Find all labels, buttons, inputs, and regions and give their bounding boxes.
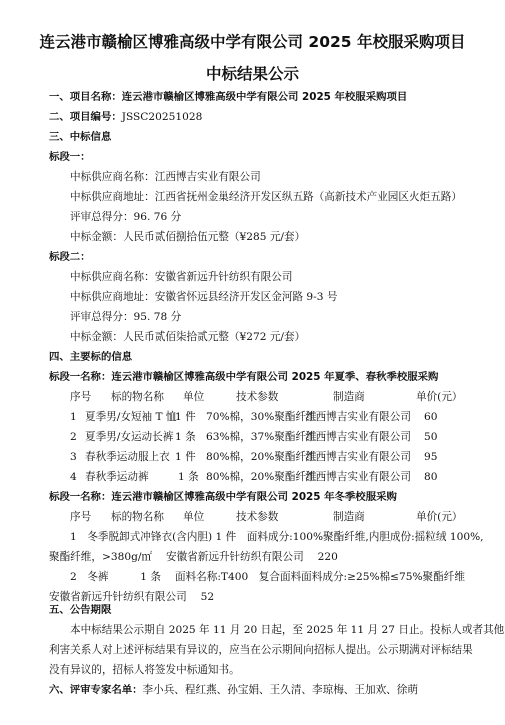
col-header-index: 序号 <box>70 390 91 404</box>
cell-unit: 1 条 <box>178 470 199 484</box>
cell-item-name: 夏季男/女短袖 T 恤 <box>85 410 177 424</box>
lot1-supplier-address: 中标供应商地址：江西省抚州金巢经济开发区纵五路（高新技术产业园区火炬五路） <box>70 190 462 204</box>
col-header-unit: 单位 <box>183 390 204 404</box>
document-title-line1: 连云港市赣榆区博雅高级中学有限公司 2025 年校服采购项目 <box>0 30 505 52</box>
cell-index: 3 <box>70 450 77 464</box>
cell-spec: 63%棉，37%聚酯纤维 <box>206 430 317 444</box>
project-name-value: 连云港市赣榆区博雅高级中学有限公司 2025 年校服采购项目 <box>122 91 408 103</box>
lot1-score: 评审总得分：96. 76 分 <box>70 210 181 224</box>
cell-price: 60 <box>424 410 437 424</box>
section-expert-list: 六、评审专家名单：李小兵、程红燕、孙宝娟、王久清、李琼梅、王加欢、徐萌 <box>49 683 418 697</box>
section-label: 一、项目名称： <box>49 91 122 103</box>
cell-spec: 80%棉，20%聚酯纤维 <box>206 470 317 484</box>
table1-name: 连云港市赣榆区博雅高级中学有限公司 2025 年夏季、春秋季校服采购 <box>111 371 438 383</box>
cell-manufacturer: 江西博吉实业有限公司 <box>305 430 411 444</box>
cell-index: 4 <box>70 470 77 484</box>
section-project-name: 一、项目名称：连云港市赣榆区博雅高级中学有限公司 2025 年校服采购项目 <box>49 90 407 104</box>
col-header-item-name: 标的物名称 <box>111 510 164 524</box>
section-main-items: 四、主要标的信息 <box>49 350 132 364</box>
cell-price: 50 <box>424 430 437 444</box>
notice-paragraph-line3: 没有异议的，招标人将签发中标通知书。 <box>49 663 240 677</box>
col-header-item-name: 标的物名称 <box>111 390 164 404</box>
notice-paragraph-line2: 利害关系人对上述评标结果有异议的，应当在公示期间向招标人提出。公示期满对评标结果 <box>49 643 473 657</box>
lot1-amount: 中标金额：人民币贰佰捌拾伍元整（¥285 元/套） <box>70 230 305 244</box>
expert-names: 李小兵、程红燕、孙宝娟、王久清、李琼梅、王加欢、徐萌 <box>143 684 418 696</box>
section-label: 二、项目编号： <box>49 111 122 123</box>
col-header-unit: 单位 <box>183 510 204 524</box>
table-row-line: 安徽省新远升针纺织有限公司 52 <box>49 590 214 604</box>
lot1-supplier-name: 中标供应商名称：江西博吉实业有限公司 <box>70 170 261 184</box>
cell-manufacturer: 江西博吉实业有限公司 <box>305 410 411 424</box>
table2-title: 标段一名称：连云港市赣榆区博雅高级中学有限公司 2025 年冬季校服采购 <box>49 490 397 504</box>
col-header-price: 单价(元） <box>416 390 463 404</box>
table1-label: 标段一名称： <box>49 371 111 383</box>
lot2-supplier-name: 中标供应商名称：安徽省新远升针纺织有限公司 <box>70 270 292 284</box>
section-project-number: 二、项目编号：JSSC20251028 <box>49 110 202 124</box>
cell-item-name: 春秋季运动裤 <box>85 470 149 484</box>
cell-item-name: 夏季男/女运动长裤 <box>85 430 173 444</box>
col-header-manufacturer: 制造商 <box>333 510 365 524</box>
section-notice-period: 五、公告期限 <box>49 603 111 617</box>
document-title-line2: 中标结果公示 <box>0 62 505 84</box>
cell-price: 95 <box>424 450 437 464</box>
col-header-index: 序号 <box>70 510 91 524</box>
table1-title: 标段一名称：连云港市赣榆区博雅高级中学有限公司 2025 年夏季、春秋季校服采购 <box>49 370 438 384</box>
lot2-amount: 中标金额：人民币贰佰柒拾贰元整（¥272 元/套） <box>70 330 305 344</box>
col-header-spec: 技术参数 <box>236 390 278 404</box>
cell-index: 2 <box>70 430 77 444</box>
cell-manufacturer: 江西博吉实业有限公司 <box>305 470 411 484</box>
table2-label: 标段一名称： <box>49 491 111 503</box>
cell-unit: 1 件 <box>175 410 196 424</box>
col-header-price: 单价(元） <box>416 510 463 524</box>
project-number-value: JSSC20251028 <box>122 111 203 123</box>
cell-manufacturer: 江西博吉实业有限公司 <box>305 450 411 464</box>
cell-unit: 1 条 <box>175 430 196 444</box>
table2-name: 连云港市赣榆区博雅高级中学有限公司 2025 年冬季校服采购 <box>111 491 397 503</box>
lot2-supplier-address: 中标供应商地址：安徽省怀远县经济开发区金河路 9-3 号 <box>70 290 337 304</box>
table-row-line: 2 冬裤 1 条 面料名称:T400 复合面料面料成分:≥25%棉≤75%聚酯纤… <box>70 570 465 584</box>
cell-index: 1 <box>70 410 77 424</box>
section-label: 六、评审专家名单： <box>49 684 143 696</box>
lot2-score: 评审总得分：95. 78 分 <box>70 310 181 324</box>
cell-spec: 80%棉，20%聚酯纤维 <box>206 450 317 464</box>
lot2-label: 标段二： <box>49 250 91 264</box>
notice-paragraph-line1: 本中标结果公示期自 2025 年 11 月 20 日起，至 2025 年 11 … <box>70 623 504 637</box>
lot1-label: 标段一： <box>49 150 91 164</box>
document-page: 连云港市赣榆区博雅高级中学有限公司 2025 年校服采购项目 中标结果公示 一、… <box>0 0 505 725</box>
cell-item-name: 春秋季运动服上衣 <box>85 450 170 464</box>
table-row-line: 聚酯纤维，>380g/㎡ 安徽省新远升针纺织有限公司 220 <box>49 550 338 564</box>
col-header-spec: 技术参数 <box>236 510 278 524</box>
col-header-manufacturer: 制造商 <box>333 390 365 404</box>
cell-spec: 70%棉，30%聚酯纤维 <box>206 410 317 424</box>
section-award-info: 三、中标信息 <box>49 130 111 144</box>
cell-price: 80 <box>424 470 437 484</box>
table-row-line: 1 冬季脱卸式冲锋衣(含内胆) 1 件 面料成分:100%聚酯纤维,内胆成份:摇… <box>70 530 484 544</box>
cell-unit: 1 件 <box>175 450 196 464</box>
